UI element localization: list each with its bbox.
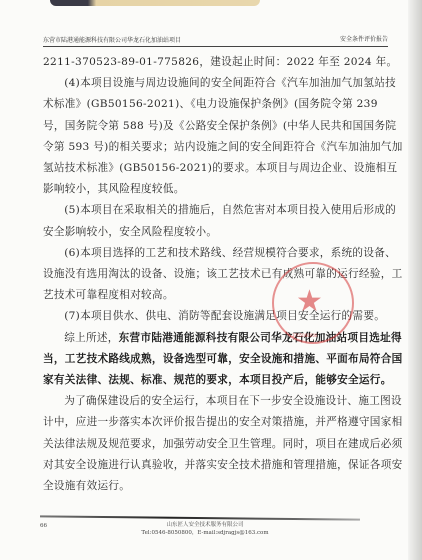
conclusion-lead: 综上所述， [64, 332, 118, 344]
paragraph-recommendation: 为了确保建设后的安全运行，本项目在下一步安全设施设计、施工图设计中，应进一步落实… [43, 391, 403, 497]
paragraph-item-6: (6)本项目选择的工艺和技术路线、经营规模符合要求，系统的设备、设施没有选用淘汰… [43, 243, 403, 307]
header-report-title: 安全条件评价报告 [340, 34, 388, 43]
footer-company: 山东匠人安全技术服务有限公司 [40, 521, 370, 529]
page-edge-shadow [408, 0, 422, 560]
running-header: 东营市陆港通能源科技有限公司华龙石化加油站项目 安全条件评价报告 [43, 32, 388, 47]
footer-contact: Tel:0546-8050800，E-mail:sdjragjs@163.com [40, 529, 370, 537]
footer-divider [40, 515, 360, 520]
paragraph-item-5: (5)本项目在采取相关的措施后，自然危害对本项目投入使用后形成的安全影响较小，安… [43, 200, 403, 242]
document-page: 东营市陆港通能源科技有限公司华龙石化加油站项目 安全条件评价报告 2211-37… [0, 0, 408, 560]
binder-clip [50, 0, 260, 6]
paragraph-conclusion: 综上所述，东营市陆港通能源科技有限公司华龙石化加油站项目选址得当，工艺技术路线成… [43, 328, 403, 392]
header-project-name: 东营市陆港通能源科技有限公司华龙石化加油站项目 [43, 35, 181, 44]
paragraph-item-7: (7)本项目供水、供电、消防等配套设施满足项目安全运行的需要。 [43, 306, 403, 327]
paragraph-project-code: 2211-370523-89-01-775826，建设起止时间：2022 年至 … [43, 52, 403, 73]
paragraph-item-4: (4)本项目设施与周边设施间的安全间距符合《汽车加油加气加氢站技术标准》(GB5… [43, 73, 403, 200]
body-text: 2211-370523-89-01-775826，建设起止时间：2022 年至 … [43, 52, 403, 497]
